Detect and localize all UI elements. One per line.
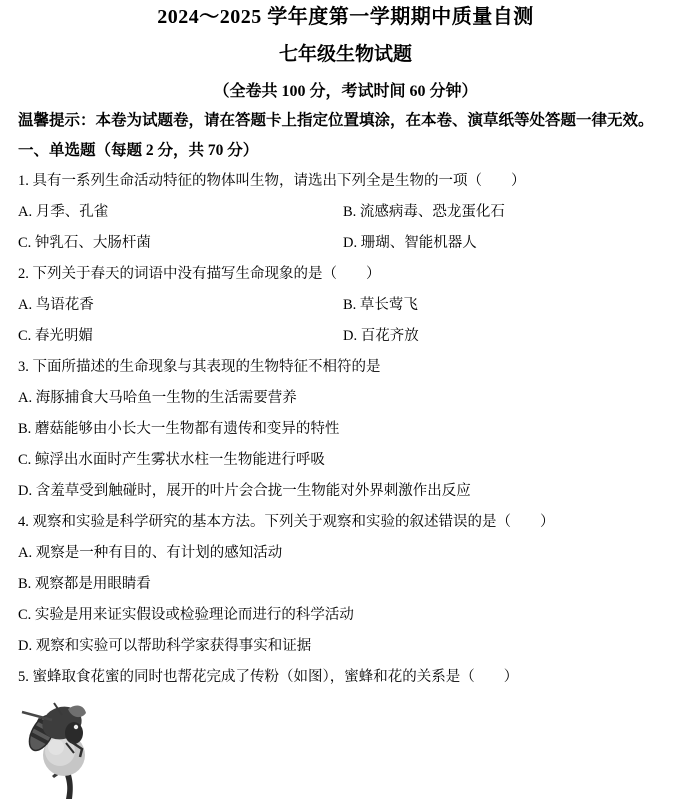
- question-1: 1. 具有一系列生命活动特征的物体叫生物，请选出下列全是生物的一项（ ） A. …: [0, 164, 691, 257]
- exam-notice: 温馨提示：本卷为试题卷，请在答题卡上指定位置填涂，在本卷、演草纸等处答题一律无效…: [0, 110, 691, 131]
- question-2-option-b: B. 草长莺飞: [343, 293, 418, 314]
- question-2-option-c: C. 春光明媚: [18, 324, 343, 345]
- exam-score-time-info: （全卷共 100 分，考试时间 60 分钟）: [0, 81, 691, 102]
- question-3-option-c: C. 鲸浮出水面时产生雾状水柱一生物能进行呼吸: [0, 443, 691, 474]
- question-3-option-b: B. 蘑菇能够由小长大一生物都有遗传和变异的特性: [0, 412, 691, 443]
- question-3-option-a: A. 海豚捕食大马哈鱼一生物的生活需要营养: [0, 381, 691, 412]
- question-3-stem: 3. 下面所描述的生命现象与其表现的生物特征不相符的是: [0, 350, 691, 381]
- question-1-options-row-2: C. 钟乳石、大肠杆菌 D. 珊瑚、智能机器人: [0, 226, 691, 257]
- section-heading-single-choice: 一、单选题（每题 2 分，共 70 分）: [0, 140, 691, 161]
- question-2-option-a: A. 鸟语花香: [18, 293, 343, 314]
- question-3: 3. 下面所描述的生命现象与其表现的生物特征不相符的是 A. 海豚捕食大马哈鱼一…: [0, 350, 691, 505]
- question-2-options-row-2: C. 春光明媚 D. 百花齐放: [0, 319, 691, 350]
- question-5: 5. 蜜蜂取食花蜜的同时也帮花完成了传粉（如图），蜜蜂和花的关系是（ ）: [0, 660, 691, 691]
- exam-subject-title: 七年级生物试题: [0, 43, 691, 67]
- bee-on-flower-image: [18, 693, 110, 801]
- question-5-stem: 5. 蜜蜂取食花蜜的同时也帮花完成了传粉（如图），蜜蜂和花的关系是（ ）: [0, 660, 691, 691]
- question-4-stem: 4. 观察和实验是科学研究的基本方法。下列关于观察和实验的叙述错误的是（ ）: [0, 505, 691, 536]
- question-1-option-c: C. 钟乳石、大肠杆菌: [18, 231, 343, 252]
- question-2-stem: 2. 下列关于春天的词语中没有描写生命现象的是（ ）: [0, 257, 691, 288]
- question-1-option-b: B. 流感病毒、恐龙蛋化石: [343, 200, 505, 221]
- question-3-option-d: D. 含羞草受到触碰时，展开的叶片会合拢一生物能对外界刺激作出反应: [0, 474, 691, 505]
- question-4-option-b: B. 观察都是用眼睛看: [0, 567, 691, 598]
- question-2: 2. 下列关于春天的词语中没有描写生命现象的是（ ） A. 鸟语花香 B. 草长…: [0, 257, 691, 350]
- question-4-option-d: D. 观察和实验可以帮助科学家获得事实和证据: [0, 629, 691, 660]
- question-1-stem: 1. 具有一系列生命活动特征的物体叫生物，请选出下列全是生物的一项（ ）: [0, 164, 691, 195]
- question-1-options-row-1: A. 月季、孔雀 B. 流感病毒、恐龙蛋化石: [0, 195, 691, 226]
- question-4: 4. 观察和实验是科学研究的基本方法。下列关于观察和实验的叙述错误的是（ ） A…: [0, 505, 691, 660]
- exam-title: 2024～2025 学年度第一学期期中质量自测: [0, 0, 691, 30]
- question-2-options-row-1: A. 鸟语花香 B. 草长莺飞: [0, 288, 691, 319]
- question-2-option-d: D. 百花齐放: [343, 324, 419, 345]
- bee-on-flower-figure: [18, 693, 110, 801]
- question-4-option-a: A. 观察是一种有目的、有计划的感知活动: [0, 536, 691, 567]
- question-1-option-d: D. 珊瑚、智能机器人: [343, 231, 477, 252]
- exam-paper-page: 2024～2025 学年度第一学期期中质量自测 七年级生物试题 （全卷共 100…: [0, 0, 691, 805]
- question-list: 1. 具有一系列生命活动特征的物体叫生物，请选出下列全是生物的一项（ ） A. …: [0, 164, 691, 691]
- question-4-option-c: C. 实验是用来证实假设或检验理论而进行的科学活动: [0, 598, 691, 629]
- question-1-option-a: A. 月季、孔雀: [18, 200, 343, 221]
